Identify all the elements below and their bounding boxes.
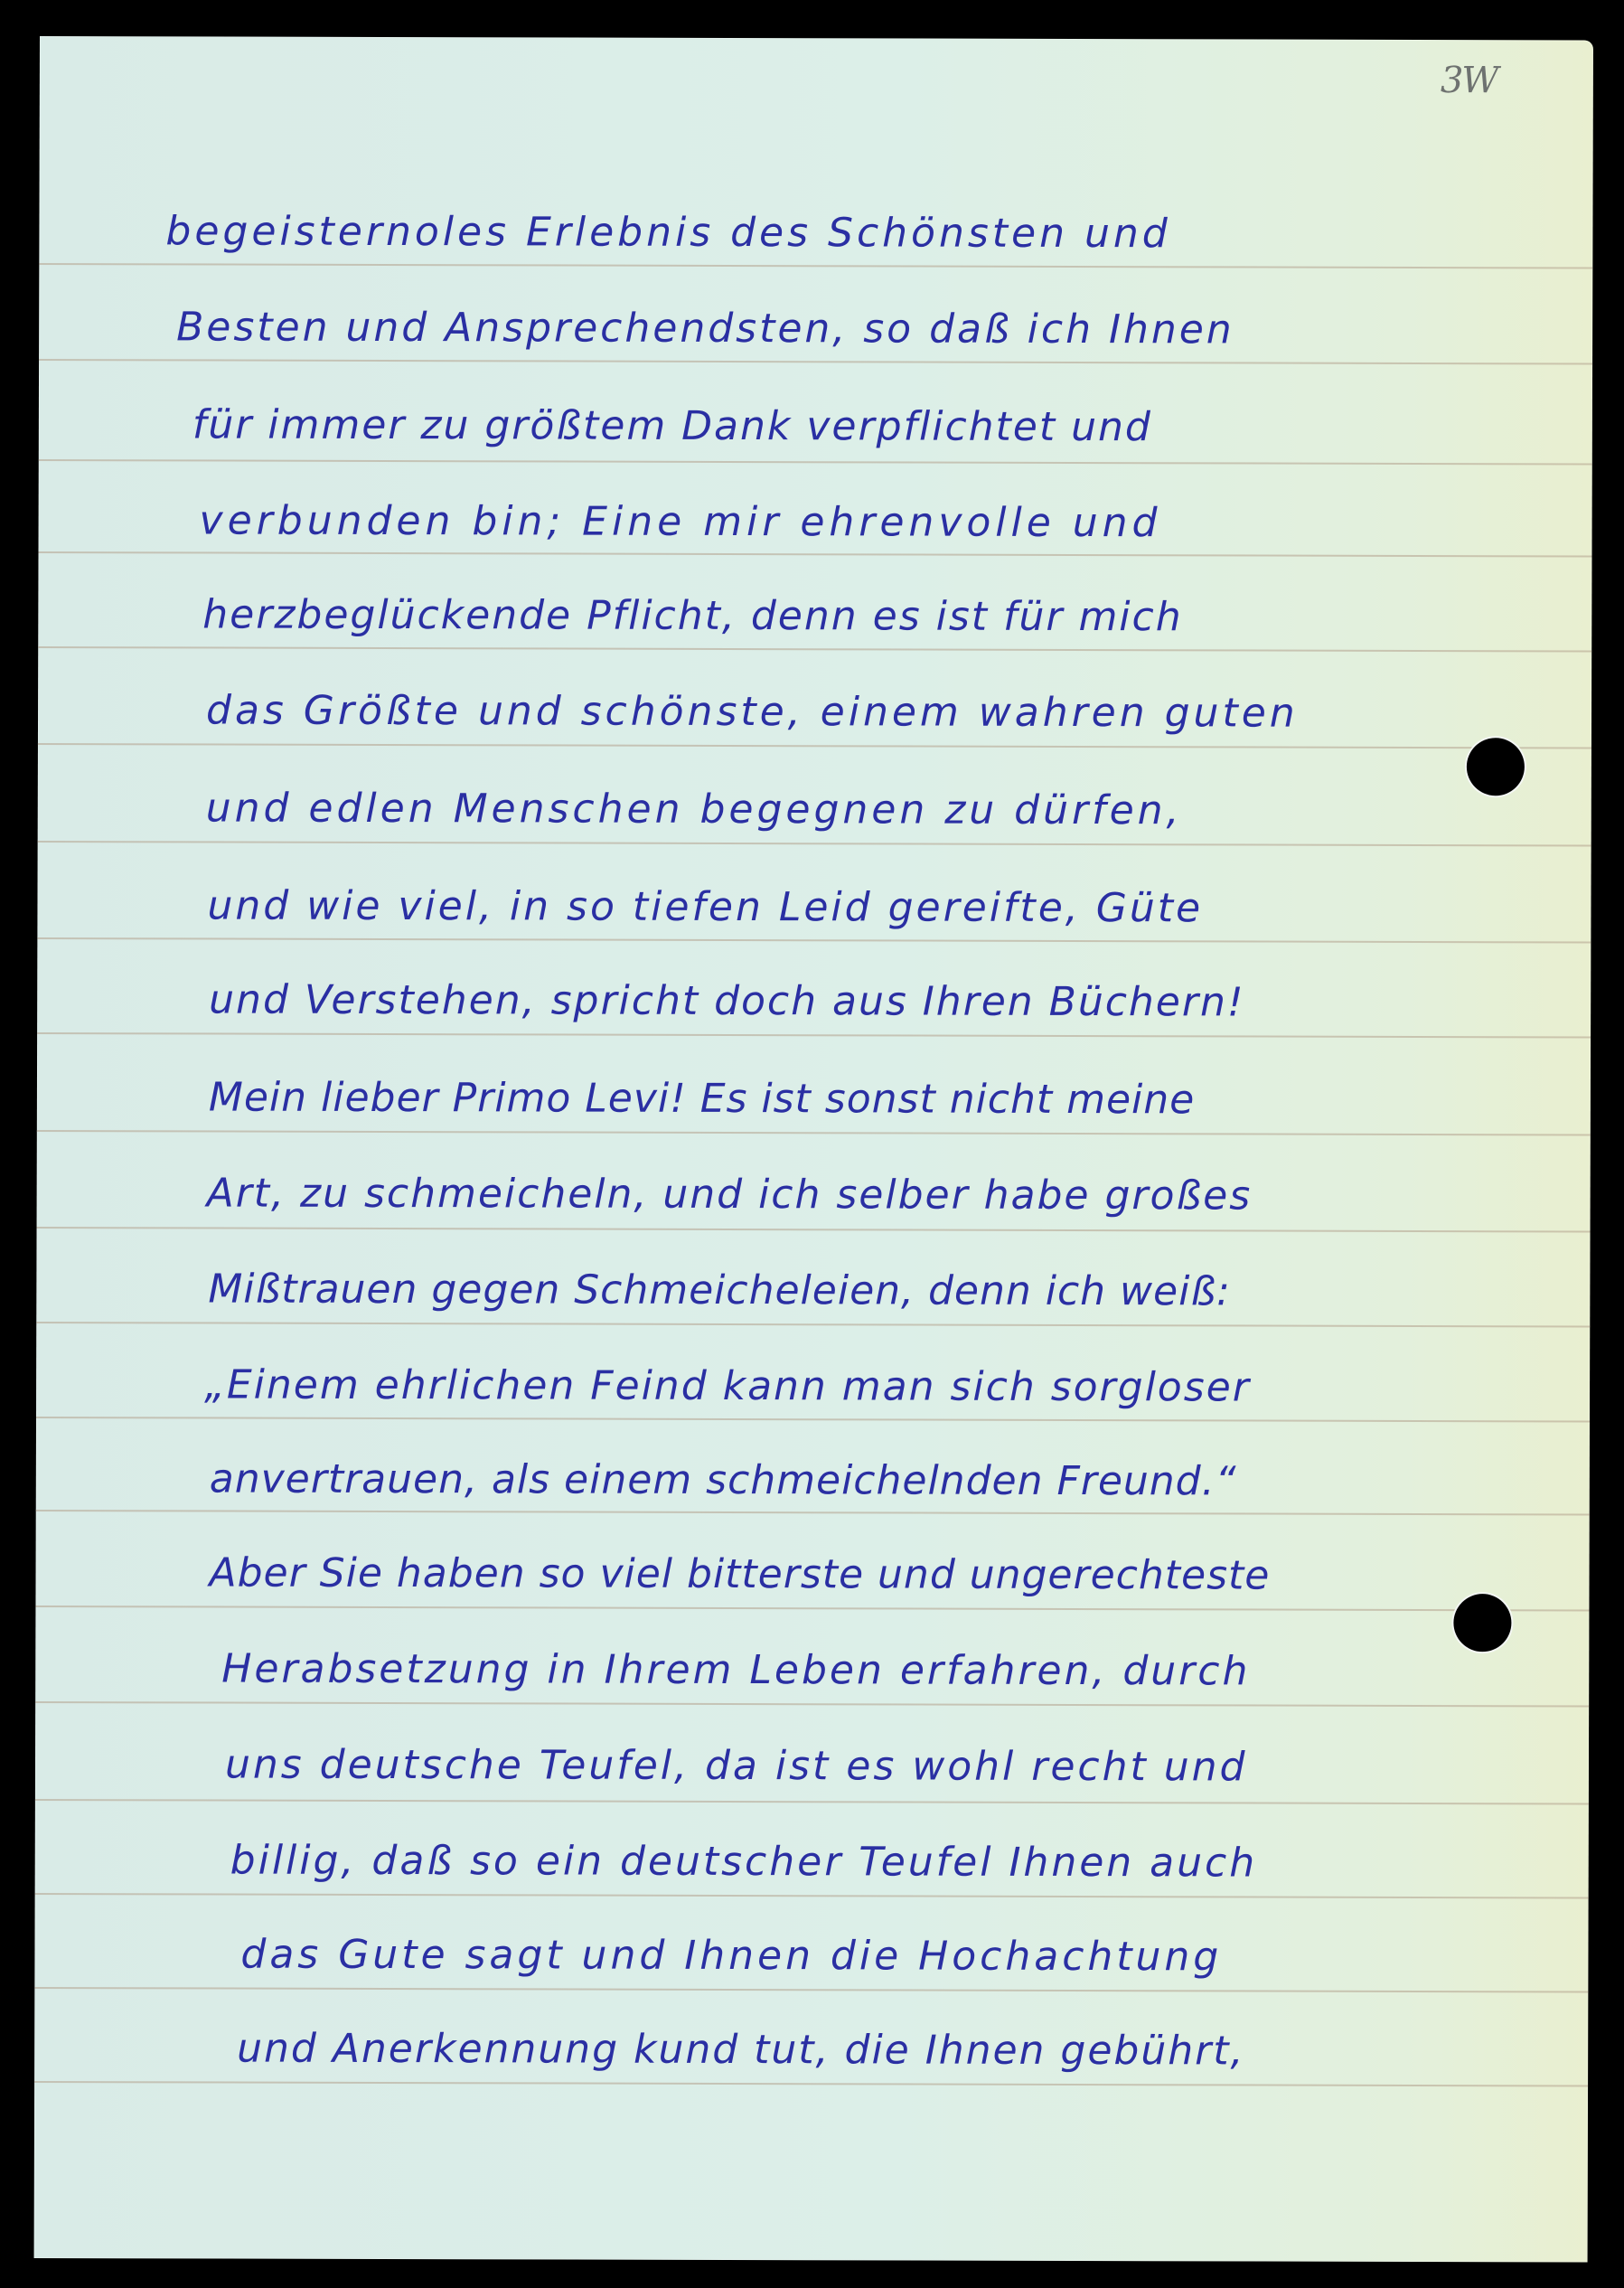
letter-line: Aber Sie haben so viel bitterste und ung… [209,1549,1270,1598]
ruled-line [39,551,1592,558]
ruled-line [37,937,1591,944]
letter-line: herzbeglückende Pflicht, denn es ist für… [202,591,1182,640]
letter-line: begeisternoles Erlebnis des Schönsten un… [165,208,1170,257]
ruled-line [35,1893,1589,1899]
letter-line: billig, daß so ein deutscher Teufel Ihne… [230,1838,1258,1887]
ruled-line [38,646,1591,653]
letter-line: und Anerkennung kund tut, die Ihnen gebü… [237,2026,1244,2075]
punch-hole-bottom [1453,1594,1511,1652]
ruled-line [36,1417,1590,1423]
ruled-line [35,1799,1589,1805]
ruled-line [37,1130,1591,1136]
ruled-line [36,1510,1590,1516]
punch-hole-top [1467,738,1525,796]
letter-line: uns deutsche Teufel, da ist es wohl rech… [225,1742,1248,1791]
letter-line: Mißtrauen gegen Schmeicheleien, denn ich… [208,1266,1231,1314]
letter-sheet: 3W begeisternoles Erlebnis des Schönsten… [34,36,1593,2262]
ruled-line [34,1987,1588,1993]
letter-line: verbunden bin; Eine mir ehrenvolle und [200,497,1162,546]
ruled-line [39,263,1592,269]
ruled-line [34,2081,1588,2087]
letter-line: Besten und Ansprechendsten, so daß ich I… [176,304,1234,353]
letter-line: anvertrauen, als einem schmeichelnden Fr… [210,1455,1237,1504]
ruled-line [36,1322,1590,1328]
letter-line: und wie viel, in so tiefen Leid gereifte… [207,882,1203,931]
letter-line: das Größte und schönste, einem wahren gu… [206,687,1299,736]
ruled-line [39,459,1592,466]
page-number-mark: 3W [1441,60,1497,101]
letter-line: Art, zu schmeicheln, und ich selber habe… [207,1170,1253,1219]
letter-line: „Einem ehrlichen Feind kann man sich sor… [204,1361,1251,1410]
letter-line: Mein lieber Primo Levi! Es ist sonst nic… [209,1074,1195,1123]
letter-line: und edlen Menschen begegnen zu dürfen, [206,785,1183,833]
ruled-line [35,1605,1589,1612]
letter-line: und Verstehen, spricht doch aus Ihren Bü… [209,976,1244,1025]
letter-line: Herabsetzung in Ihrem Leben erfahren, du… [221,1646,1250,1695]
letter-line: für immer zu größtem Dank verpflichtet u… [192,401,1152,450]
letter-line: das Gute sagt und Ihnen die Hochachtung [240,1932,1222,1981]
ruled-line [38,841,1591,847]
ruled-line [39,359,1592,365]
ruled-line [38,743,1591,749]
ruled-line [37,1032,1591,1039]
ruled-line [37,1227,1591,1233]
ruled-line [35,1701,1589,1708]
